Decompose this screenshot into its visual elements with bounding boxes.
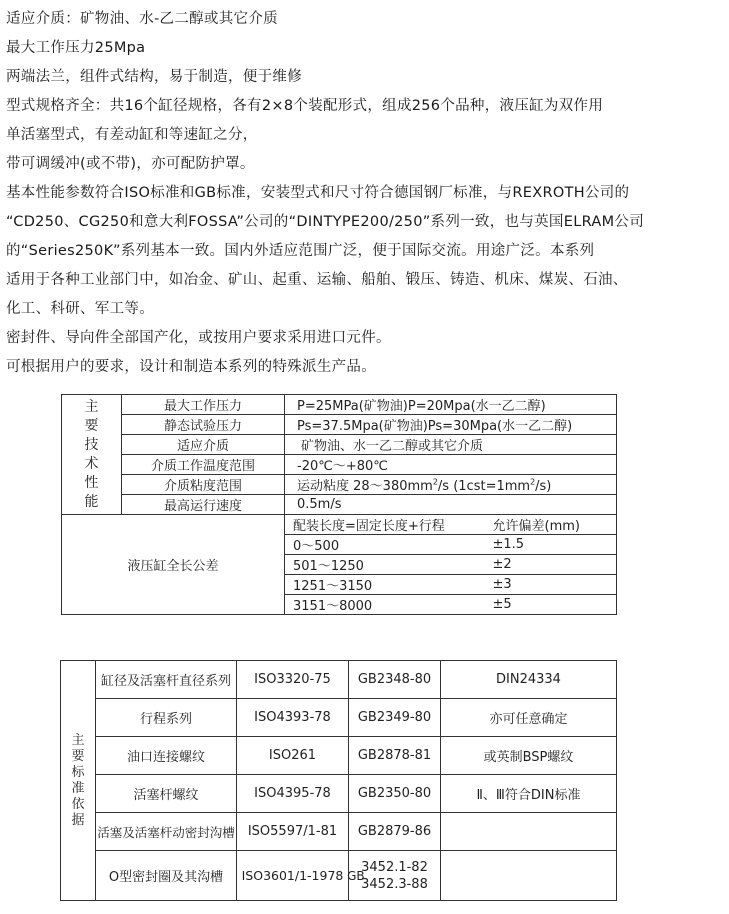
length-header: 配装长度=固定长度+行程 — [285, 515, 493, 535]
label-char: 依 — [61, 797, 95, 813]
iso-standard: ISO4395-78 — [237, 775, 349, 813]
intro-line: 适用于各种工业部门中，如冶金、矿山、起重、运输、船舶、锻压、铸造、机床、煤炭、石… — [6, 266, 726, 295]
tolerance-value: ±5 — [493, 595, 617, 615]
intro-line: 型式规格齐全：共16个缸径规格，各有2×8个装配形式，组成256个品种，液压缸为… — [6, 92, 726, 121]
table-row: 活塞及活塞杆动密封沟槽 ISO5597/1-81 GB2879-86 — [61, 813, 617, 851]
standard-item: 行程系列 — [96, 699, 237, 737]
gb-line: 3452.1-82 — [361, 859, 428, 876]
param-value: 运动粘度 28～380mm2/s (1cst=1mm2/s) — [285, 475, 617, 495]
table-row: 适应介质 矿物油、水一乙二醇或其它介质 — [62, 435, 617, 455]
tolerance-value: ±3 — [493, 575, 617, 595]
table-row: 活塞杆螺纹 ISO4395-78 GB2350-80 Ⅱ、Ⅲ符合DIN标准 — [61, 775, 617, 813]
label-char: 能 — [62, 493, 121, 512]
standard-item: 油口连接螺纹 — [96, 737, 237, 775]
gb-standard: GB2348-80 — [349, 661, 441, 699]
standard-note: 亦可任意确定 — [441, 699, 617, 737]
iso-standard: ISO261 — [237, 737, 349, 775]
label-char: 术 — [62, 455, 121, 474]
intro-text: 适应介质：矿物油、水-乙二醇或其它介质 最大工作压力25Mpa 两端法兰，组件式… — [6, 5, 726, 382]
label-char: 准 — [61, 781, 95, 797]
tolerance-value: ±2 — [493, 555, 617, 575]
group-label-tech: 主 要 技 术 性 能 — [62, 395, 122, 515]
table-row: O型密封圈及其沟槽 ISO3601/1-1978 GB 3452.1-82 34… — [61, 851, 617, 901]
table-row: 主 要 技 术 性 能 最大工作压力 P=25MPa(矿物油)P=20Mpa(水… — [62, 395, 617, 415]
iso-standard: ISO3601/1-1978 — [237, 851, 349, 901]
standard-note — [441, 813, 617, 851]
intro-line: 带可调缓冲(或不带)，亦可配防护罩。 — [6, 150, 726, 179]
viscosity-a: 运动粘度 28～380mm — [297, 479, 433, 494]
table-row: 介质粘度范围 运动粘度 28～380mm2/s (1cst=1mm2/s) — [62, 475, 617, 495]
gb-standard-group: GB 3452.1-82 3452.3-88 — [361, 859, 428, 893]
viscosity-b: /s (1cst=1mm — [438, 479, 530, 494]
technical-performance-table: 主 要 技 术 性 能 最大工作压力 P=25MPa(矿物油)P=20Mpa(水… — [61, 394, 617, 615]
standard-item: 活塞及活塞杆动密封沟槽 — [96, 813, 237, 851]
intro-line: 的“Series250K”系列基本一致。国内外适应范围广泛，便于国际交流。用途广… — [6, 237, 726, 266]
group-label-standards: 主 要 标 准 依 据 — [61, 661, 96, 901]
iso-standard: ISO4393-78 — [237, 699, 349, 737]
table-row: 油口连接螺纹 ISO261 GB2878-81 或英制BSP螺纹 — [61, 737, 617, 775]
standard-note: 或英制BSP螺纹 — [441, 737, 617, 775]
gb-prefix: GB — [347, 868, 365, 885]
tolerance-label: 液压缸全长公差 — [62, 515, 285, 615]
iso-standard: ISO5597/1-81 — [237, 813, 349, 851]
gb-line: 3452.3-88 — [361, 876, 428, 893]
intro-line: 两端法兰，组件式结构，易于制造，便于维修 — [6, 63, 726, 92]
standard-item: O型密封圈及其沟槽 — [96, 851, 237, 901]
viscosity-c: /s) — [535, 479, 551, 494]
gb-standard: GB2878-81 — [349, 737, 441, 775]
tolerance-value: ±1.5 — [493, 535, 617, 555]
intro-line: 密封件、导向件全部国产化，或按用户要求采用进口元件。 — [6, 324, 726, 353]
table-row: 介质工作温度范围 -20℃～+80℃ — [62, 455, 617, 475]
label-char: 要 — [62, 417, 121, 436]
param-name: 适应介质 — [122, 435, 285, 455]
label-char: 技 — [62, 436, 121, 455]
standard-item: 缸径及活塞杆直径系列 — [96, 661, 237, 699]
label-char: 标 — [61, 765, 95, 781]
param-value: 0.5m/s — [285, 495, 617, 515]
param-value: -20℃～+80℃ — [285, 455, 617, 475]
param-value: P=25MPa(矿物油)P=20Mpa(水一乙二醇) — [285, 395, 617, 415]
gb-standard: GB2349-80 — [349, 699, 441, 737]
param-name: 静态试验压力 — [122, 415, 285, 435]
intro-line: 单活塞型式，有差动缸和等速缸之分， — [6, 121, 726, 150]
standard-item: 活塞杆螺纹 — [96, 775, 237, 813]
label-char: 性 — [62, 474, 121, 493]
intro-line: 可根据用户的要求，设计和制造本系列的特殊派生产品。 — [6, 353, 726, 382]
standard-note: DIN24334 — [441, 661, 617, 699]
intro-line: 化工、科研、军工等。 — [6, 295, 726, 324]
param-name: 最大工作压力 — [122, 395, 285, 415]
intro-line: “CD250、CG250和意大利FOSSA”公司的“DINTYPE200/250… — [6, 208, 726, 237]
main-standards-table: 主 要 标 准 依 据 缸径及活塞杆直径系列 ISO3320-75 GB2348… — [60, 660, 617, 901]
gb-standard: GB2879-86 — [349, 813, 441, 851]
tolerance-header: 允许偏差(mm) — [493, 515, 617, 535]
gb-standard: GB2350-80 — [349, 775, 441, 813]
label-char: 要 — [61, 749, 95, 765]
label-char: 据 — [61, 813, 95, 829]
gb-standard: GB 3452.1-82 3452.3-88 — [349, 851, 441, 901]
param-name: 介质工作温度范围 — [122, 455, 285, 475]
iso-standard: ISO3320-75 — [237, 661, 349, 699]
length-range: 0～500 — [285, 535, 493, 555]
intro-line: 基本性能参数符合ISO标准和GB标准，安装型式和尺寸符合德国钢厂标准，与REXR… — [6, 179, 726, 208]
label-char: 主 — [61, 733, 95, 749]
length-range: 501～1250 — [285, 555, 493, 575]
table-row: 最高运行速度 0.5m/s — [62, 495, 617, 515]
table-row: 主 要 标 准 依 据 缸径及活塞杆直径系列 ISO3320-75 GB2348… — [61, 661, 617, 699]
table-row: 液压缸全长公差 配装长度=固定长度+行程 允许偏差(mm) — [62, 515, 617, 535]
label-char: 主 — [62, 398, 121, 417]
table-row: 静态试验压力 Ps=37.5Mpa(矿物油)Ps=30Mpa(水一乙二醇) — [62, 415, 617, 435]
param-value: 矿物油、水一乙二醇或其它介质 — [285, 435, 617, 455]
standard-note — [441, 851, 617, 901]
intro-line: 适应介质：矿物油、水-乙二醇或其它介质 — [6, 5, 726, 34]
standard-note: Ⅱ、Ⅲ符合DIN标准 — [441, 775, 617, 813]
table-row: 行程系列 ISO4393-78 GB2349-80 亦可任意确定 — [61, 699, 617, 737]
param-name: 介质粘度范围 — [122, 475, 285, 495]
param-value: Ps=37.5Mpa(矿物油)Ps=30Mpa(水一乙二醇) — [285, 415, 617, 435]
intro-line: 最大工作压力25Mpa — [6, 34, 726, 63]
param-name: 最高运行速度 — [122, 495, 285, 515]
length-range: 3151～8000 — [285, 595, 493, 615]
length-range: 1251～3150 — [285, 575, 493, 595]
